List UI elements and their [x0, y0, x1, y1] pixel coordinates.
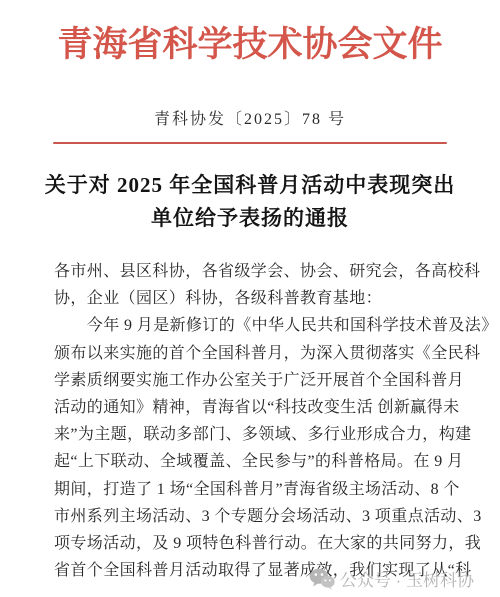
doc-number: 青科协发〔2025〕78 号 [0, 106, 500, 129]
body-text-line: 今年 9 月是新修订的《中华人民共和国科学技术普及法》 [54, 312, 450, 339]
document-title-line-2: 单位给予表扬的通报 [0, 202, 500, 235]
body-text-line: 活动的通知》精神，青海省以“科技改变生活 创新赢得未 [54, 394, 450, 421]
watermark: 公众号 · 玉树科协 [309, 566, 474, 591]
body-text-line: 各市州、县区科协，各省级学会、协会、研究会，各高校科 [54, 258, 450, 285]
body-text-line: 项专场活动，及 9 项特色科普行动。在大家的共同努力，我 [54, 530, 450, 557]
body-text-line: 来”为主题，联动多部门、多领域、多行业形成合力，构建 [54, 421, 450, 448]
document-title: 关于对 2025 年全国科普月活动中表现突出 单位给予表扬的通报 [0, 169, 500, 235]
body-text-line: 协，企业（园区）科协，各级科普教育基地： [54, 285, 450, 312]
document-page: 青海省科学技术协会文件 青科协发〔2025〕78 号 关于对 2025 年全国科… [0, 0, 500, 597]
watermark-text: 公众号 · 玉树科协 [340, 566, 474, 591]
body-text-line: 起“上下联动、全域覆盖、全民参与”的科普格局。在 9 月 [54, 448, 450, 475]
document-title-line-1: 关于对 2025 年全国科普月活动中表现突出 [0, 169, 500, 202]
body-text-line: 市州系列主场活动、3 个专题分会场活动、3 项重点活动、3 [54, 503, 450, 530]
body-text-line: 期间，打造了 1 场“全国科普月”青海省级主场活动、8 个 [54, 476, 450, 503]
letterhead-title: 青海省科学技术协会文件 [0, 22, 500, 68]
body-text: 各市州、县区科协，各省级学会、协会、研究会，各高校科协，企业（园区）科协，各级科… [54, 258, 450, 584]
body-text-line: 学素质纲要实施工作办公室关于广泛开展首个全国科普月 [54, 367, 450, 394]
body-text-line: 颁布以来实施的首个全国科普月，为深入贯彻落实《全民科 [54, 340, 450, 367]
wechat-icon [309, 568, 335, 590]
red-divider [53, 142, 447, 144]
